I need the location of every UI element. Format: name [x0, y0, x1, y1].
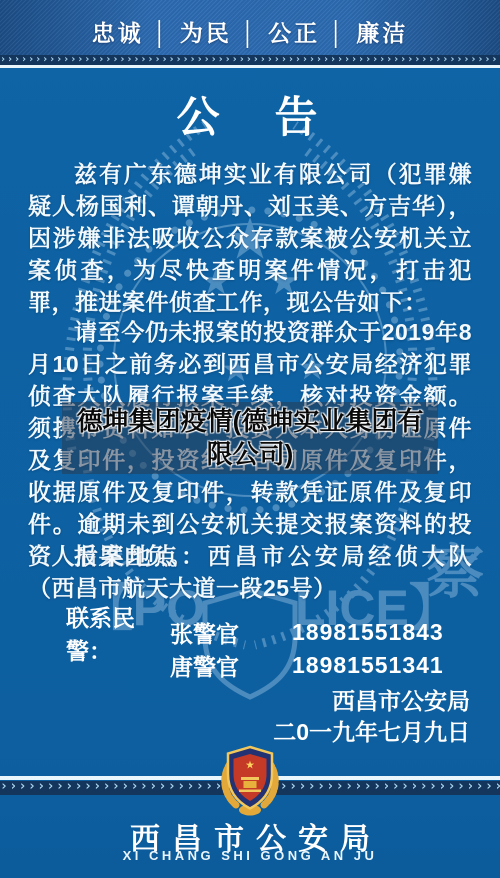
police-badge-emblem — [214, 741, 286, 819]
officer-phone: 18981551341 — [292, 652, 444, 679]
motto-text: 忠诚 │ 为民 │ 公正 │ 廉洁 — [0, 15, 500, 48]
issue-date: 二0一九年七月九日 — [273, 717, 470, 748]
contact-label: 联系民警： — [66, 600, 170, 666]
officer-name: 张警官 — [170, 616, 292, 649]
bottom-org-name-en: XI CHANG SHI GONG AN JU — [0, 848, 500, 863]
divider-line-top — [0, 65, 500, 68]
signature-block: 西昌市公安局 二0一九年七月九日 — [273, 686, 470, 748]
police-notice-poster: 忠诚 │ 为民 │ 公正 │ 廉洁 ››››››››››››››››››››››… — [0, 0, 500, 878]
overlay-caption-box: 德坤集团疫情(德坤实业集团有限公司) — [62, 402, 438, 474]
officer-name: 唐警官 — [170, 649, 292, 682]
paragraph-report-location: 报案地点：西昌市公安局经侦大队（西昌市航天大道一段25号） — [28, 540, 472, 604]
officer-phone: 18981551843 — [292, 619, 444, 646]
notice-title: 公 告 — [0, 84, 500, 145]
top-banner: 忠诚 │ 为民 │ 公正 │ 廉洁 — [0, 0, 500, 55]
overlay-caption-text: 德坤集团疫情(德坤实业集团有限公司) — [68, 405, 432, 471]
contact-row: 联系民警： 张警官 18981551843 — [66, 616, 444, 649]
contact-officers: 联系民警： 张警官 18981551843 唐警官 18981551341 — [66, 616, 444, 682]
issuer-name: 西昌市公安局 — [273, 686, 470, 717]
chevron-divider-top: ››››››››››››››››››››››››››››››››››››››››… — [0, 55, 500, 65]
paragraph-case-intro: 兹有广东德坤实业有限公司（犯罪嫌疑人杨国利、谭朝丹、刘玉美、方吉华），因涉嫌非法… — [28, 158, 472, 318]
